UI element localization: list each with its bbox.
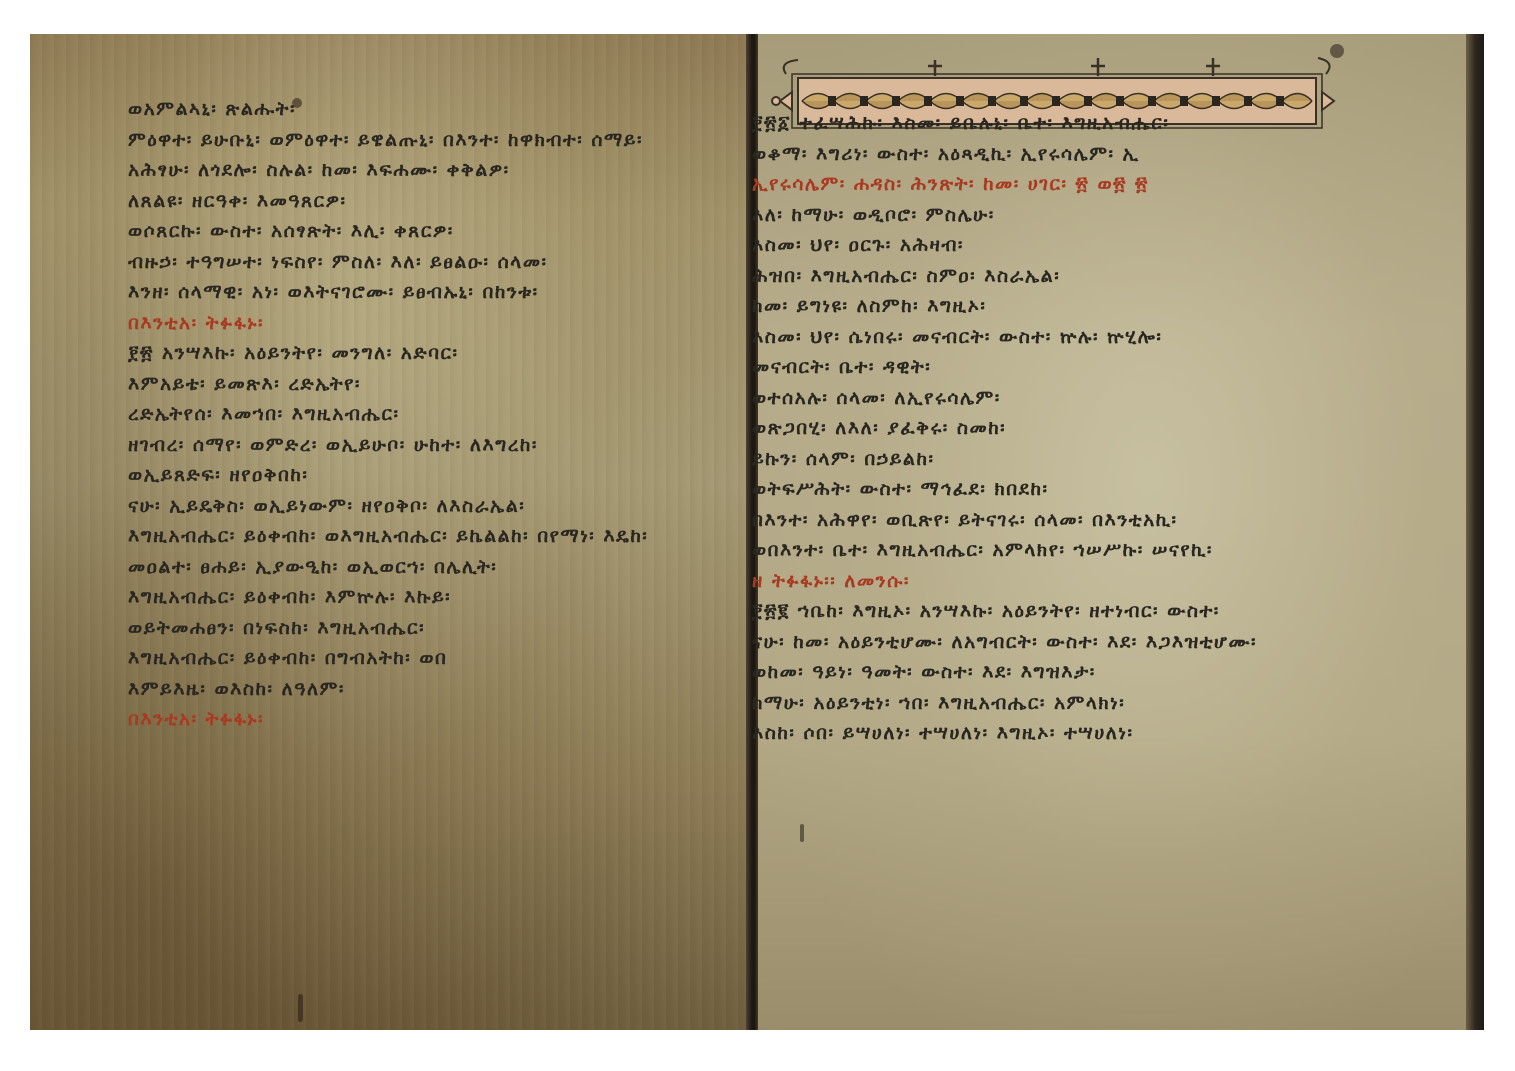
text-line: እስመ፡ ህየ፡ ዐርጉ፡ አሕዛብ፡ (752, 230, 1342, 261)
text-line: ዘገብረ፡ ሰማየ፡ ወምድረ፡ ወኢይሁቦ፡ ሁከተ፡ ለእግረከ፡ (128, 430, 708, 461)
stain (298, 994, 303, 1022)
text-line: ብዙኃ፡ ተዓግሠተ፡ ነፍስየ፡ ምስለ፡ እለ፡ ይፀልዑ፡ ሰላመ፡ (128, 247, 708, 278)
rubric-line: ዘ ትፉፋኑ፡፡ ለመንሱ፡ (752, 566, 1342, 597)
text-line: እምይእዜ፡ ወእስከ፡ ለዓለም፡ (128, 674, 708, 705)
text-line: እግዚአብሔር፡ ይዕቀብከ፡ ወእግዚአብሔር፡ ይኬልልከ፡ በየማነ፡ እ… (128, 521, 708, 552)
rubric-line: በእንቲአ፡ ትፉፋኑ፡ (128, 704, 708, 735)
text-line: እለ፡ ከማሁ፡ ወዲቦሮ፡ ምስሌሁ፡ (752, 200, 1342, 231)
rubric-line: በእንቲአ፡ ትፉፋኑ፡ (128, 308, 708, 339)
text-line: ወተሰአሉ፡ ሰላመ፡ ለኢየሩሳሌም፡ (752, 383, 1342, 414)
psalm-heading-line: ፻፳፪ ኀቤከ፡ እግዚኦ፡ አንሣእኩ፡ አዕይንትየ፡ ዘተነብር፡ ውስተ… (752, 596, 1342, 627)
text-line: ወከመ፡ ዓይነ፡ ዓመት፡ ውስተ፡ እደ፡ እግዝእታ፡ (752, 657, 1342, 688)
text-line: ወሶጸርኩ፡ ውስተ፡ አሰፃጽት፡ እሊ፡ ቀጸርዎ፡ (128, 216, 708, 247)
text-line: እግዚአብሔር፡ ይዕቀብከ፡ እምኵሉ፡ እኩይ፡ (128, 582, 708, 613)
text-line: እስመ፡ ህየ፡ ሴነበሩ፡ መናብርት፡ ውስተ፡ ኵሉ፡ ኵሂሎ፡ (752, 322, 1342, 353)
text-line: ወኢይጸድፍ፡ ዘየዐቅበከ፡ (128, 460, 708, 491)
text-line: ምዕዋተ፡ ይሁቡኒ፡ ወምዕዋተ፡ ይዌልጡኒ፡ በእንተ፡ ከዋክብተ፡ ሰ… (128, 125, 708, 156)
text-line: በእንተ፡ አሕዋየ፡ ወቢጽየ፡ ይትናገሩ፡ ሰላመ፡ በእንቲአኪ፡ (752, 505, 1342, 536)
psalm-heading-line: ፻፳፩ ተፈሣሕኩ፡ እስመ፡ ይቤሉኒ፡ ቤተ፡ እግዚአብሔር፡ (752, 108, 1342, 139)
text-line: እግዚአብሔር፡ ይዕቀብከ፡ በግብአትከ፡ ወበ (128, 643, 708, 674)
text-line: ይኩን፡ ሰላም፡ በኃይልከ፡ (752, 444, 1342, 475)
text-line: ከመ፡ ይግነዩ፡ ለስምከ፡ እግዚኦ፡ (752, 291, 1342, 322)
text-line: መናብርት፡ ቤተ፡ ዳዊት፡ (752, 352, 1342, 383)
text-line: ወይትመሐፀን፡ በነፍስከ፡ እግዚአብሔር፡ (128, 613, 708, 644)
stain (800, 824, 804, 842)
text-line: መዐልተ፡ ፀሐይ፡ ኢያውዒከ፡ ወኢወርኀ፡ በሌሊት፡ (128, 552, 708, 583)
text-line: እስከ፡ ሶበ፡ ይሣሀለነ፡ ተሣሀለነ፡ እግዚኦ፡ ተሣሀለነ፡ (752, 718, 1342, 749)
rubric-line: ኢየሩሳሌም፡ ሐዳስ፡ ሕንጽት፡ ከመ፡ ሀገር፡ ፳ ወ፳ ፳ (752, 169, 1342, 200)
text-line: ሕዝበ፡ እግዚአብሔር፡ ስምዐ፡ እስራኤል፡ (752, 261, 1342, 292)
page-edge-shadow (1466, 34, 1484, 1030)
right-page-text: ፻፳፩ ተፈሣሕኩ፡ እስመ፡ ይቤሉኒ፡ ቤተ፡ እግዚአብሔር፡ ወቆማ፡ … (752, 108, 1342, 749)
psalm-heading-line: ፻፳ አንሣእኩ፡ አዕይንትየ፡ መንግለ፡ አድባር፡ (128, 338, 708, 369)
left-page-text: ወአምልኣኒ፡ ጽልሑት፡ ምዕዋተ፡ ይሁቡኒ፡ ወምዕዋተ፡ ይዌልጡኒ፡ … (128, 94, 708, 735)
text-line: ናሁ፡ ኢይዴቅስ፡ ወኢይነውም፡ ዘየዐቅቦ፡ ለእስራኤል፡ (128, 491, 708, 522)
text-line: ወበእንተ፡ ቤተ፡ እግዚአብሔር፡ አምላክየ፡ ኀሠሥኩ፡ ሠናየኪ፡ (752, 535, 1342, 566)
text-line: ረድኤትየሰ፡ እመኀበ፡ እግዚአብሔር፡ (128, 399, 708, 430)
text-line: አሕፃሁ፡ ለጎደሎ፡ ስሉል፡ ከመ፡ እፍሐሙ፡ ቀቅልዎ፡ (128, 155, 708, 186)
text-line: ወአምልኣኒ፡ ጽልሑት፡ (128, 94, 708, 125)
text-line: ለጸልዩ፡ ዘርዓቀ፡ እመዓጸርዎ፡ (128, 186, 708, 217)
text-line: እምአይቴ፡ ይመጽእ፡ ረድኤትየ፡ (128, 369, 708, 400)
text-line: ከማሁ፡ አዕይንቲነ፡ ኀበ፡ እግዚአብሔር፡ አምላክነ፡ (752, 688, 1342, 719)
text-line: ወጽጋበሂ፡ ለእለ፡ ያፈቅሩ፡ ስመከ፡ (752, 413, 1342, 444)
text-line: ናሁ፡ ከመ፡ አዕይንቲሆሙ፡ ለአግብርት፡ ውስተ፡ እደ፡ እጋእዝቲሆ… (752, 627, 1342, 658)
text-line: ወቆማ፡ እግሪነ፡ ውስተ፡ አዕጻዲኪ፡ ኢየሩሳሌም፡ ኢ (752, 139, 1342, 170)
text-line: ወትፍሥሕት፡ ውስተ፡ ማኅፈደ፡ ክበደከ፡ (752, 474, 1342, 505)
text-line: እንዘ፡ ሰላማዊ፡ አነ፡ ወእትናገሮሙ፡ ይፀብኡኒ፡ በከንቱ፡ (128, 277, 708, 308)
